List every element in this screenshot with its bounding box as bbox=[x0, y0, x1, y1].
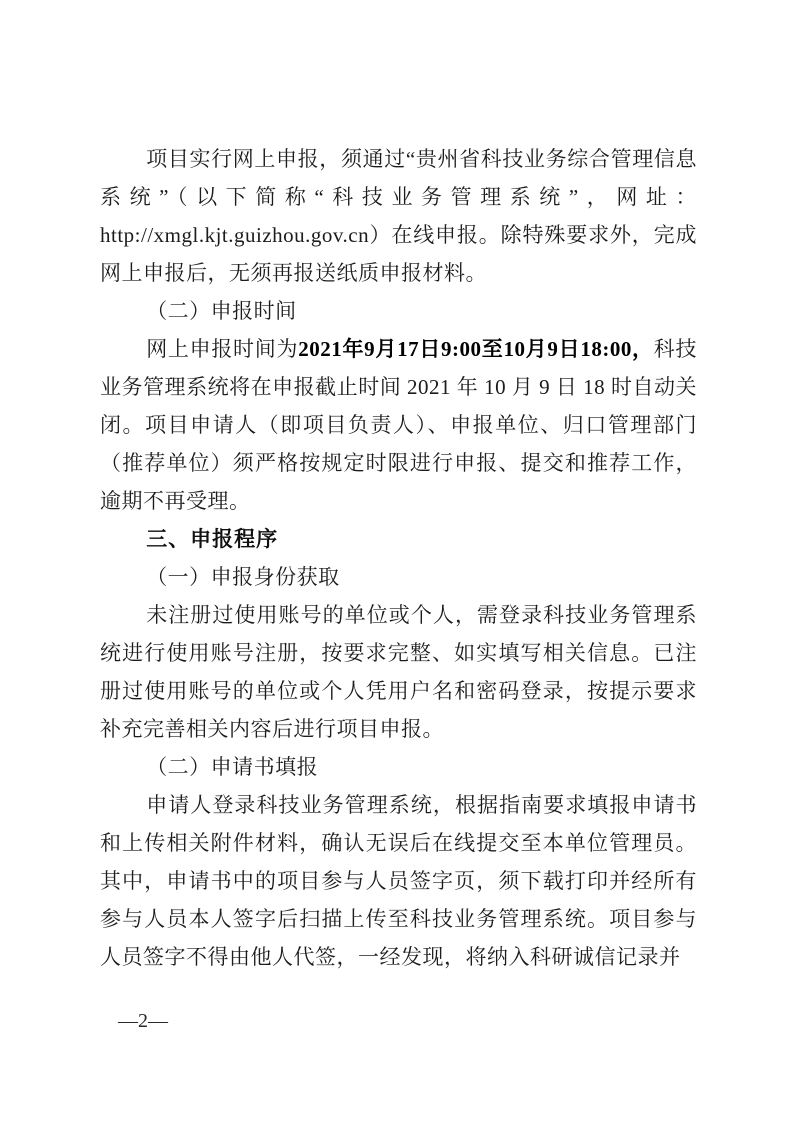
filing-time-date-range: 2021年9月17日9:00至10月9日18:00， bbox=[298, 337, 654, 361]
heading-application-procedure: 三、申报程序 bbox=[100, 520, 697, 558]
heading-identity-acquisition: （一）申报身份获取 bbox=[100, 558, 697, 596]
paragraph-application-form-filling: 申请人登录科技业务管理系统，根据指南要求填报申请书和上传相关附件材料，确认无误后… bbox=[100, 786, 697, 976]
paragraph-identity-acquisition: 未注册过使用账号的单位或个人，需登录科技业务管理系统进行使用账号注册，按要求完整… bbox=[100, 596, 697, 748]
heading-application-form-filling: （二）申请书填报 bbox=[100, 748, 697, 786]
page-number: —2— bbox=[118, 1010, 168, 1033]
paragraph-filing-time: 网上申报时间为2021年9月17日9:00至10月9日18:00，科技业务管理系… bbox=[100, 330, 697, 520]
document-body: 项目实行网上申报，须通过“贵州省科技业务综合管理信息系统”（以下简称“科技业务管… bbox=[100, 140, 697, 976]
filing-time-rest: 科技业务管理系统将在申报截止时间 2021 年 10 月 9 日 18 时自动关… bbox=[100, 337, 697, 513]
filing-time-prefix: 网上申报时间为 bbox=[146, 337, 298, 361]
paragraph-online-filing: 项目实行网上申报，须通过“贵州省科技业务综合管理信息系统”（以下简称“科技业务管… bbox=[100, 140, 697, 292]
document-page: 项目实行网上申报，须通过“贵州省科技业务综合管理信息系统”（以下简称“科技业务管… bbox=[0, 0, 793, 1122]
heading-filing-time: （二）申报时间 bbox=[100, 292, 697, 330]
